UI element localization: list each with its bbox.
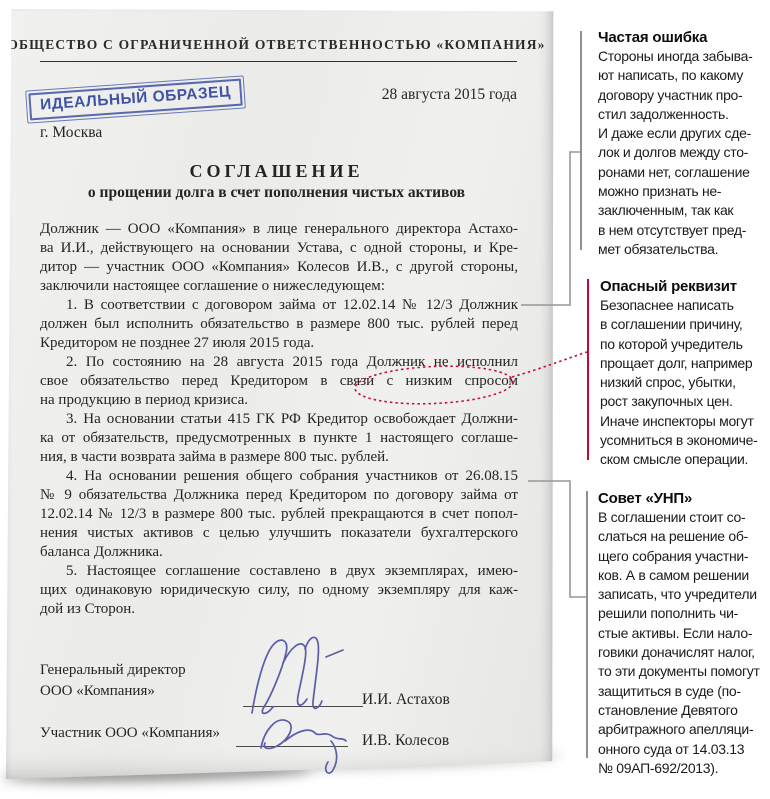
document-text-line: 2. По состоянию на 28 августа 2015 года … [40, 353, 518, 372]
header-rule [40, 61, 517, 62]
document-text-line: № 9 обязательства Должника перед Кредито… [40, 486, 518, 505]
document-city: г. Москва [40, 123, 102, 142]
annotation-body: Стороны иногда забыва- ют написать, по к… [598, 47, 770, 259]
document-text-line: нения чистых активов с целью улучшить по… [40, 524, 518, 543]
annotation-rule-1 [580, 31, 582, 250]
signature-name-director: И.И. Астахов [362, 690, 450, 709]
signature-role-participant: Участник ООО «Компания» [40, 723, 220, 744]
document-text-line: ка от обязательств, предусмотренных в пу… [40, 429, 518, 448]
signature-line-participant [236, 746, 348, 747]
document-text-line: 4. На основании решения общего собрания … [40, 467, 518, 486]
document-text-line: Кредитором не позднее 27 июля 2015 года. [40, 334, 518, 353]
document-text-line: щих одинаковую юридическую силу, по одно… [40, 581, 518, 600]
ideal-sample-stamp: ИДЕАЛЬНЫЙ ОБРАЗЕЦ [25, 75, 246, 123]
annotation-body: Безопаснее написать в соглашении причину… [600, 296, 770, 470]
document-text-line: дой из Сторон. [40, 600, 518, 619]
signature-name-participant: И.В. Колесов [362, 731, 449, 750]
document-text-line: 5. Настоящее соглашение составлено в дву… [40, 562, 518, 581]
document-text-line: Должник — ООО «Компания» в лице генераль… [40, 220, 518, 239]
document-text-line: свое обязательство перед Кредитором в св… [40, 372, 518, 391]
magazine-page: ОБЩЕСТВО С ОГРАНИЧЕННОЙ ОТВЕТСТВЕННОСТЬЮ… [0, 0, 770, 799]
annotation-title: Совет «УНП» [598, 489, 770, 508]
document-text-line: дитор — участник ООО «Компания» Колесов … [40, 258, 518, 277]
document-paper: ОБЩЕСТВО С ОГРАНИЧЕННОЙ ОТВЕТСТВЕННОСТЬЮ… [6, 9, 555, 779]
document-text-line: заключили настоящее соглашение о нижесле… [40, 277, 518, 296]
annotation-body: В соглашении стоит со- слаться на решени… [598, 508, 770, 778]
document-subtitle: о прощении долга в счет пополнения чисты… [6, 183, 547, 202]
annotation-title: Частая ошибка [598, 28, 770, 47]
document-text-line: на продукцию в период кризиса. [40, 391, 518, 410]
stamp-label: ИДЕАЛЬНЫЙ ОБРАЗЕЦ [28, 79, 242, 121]
document-text-line: баланса Должника. [40, 543, 518, 562]
document-text-line: 12.02.14 № 12/3 в размере 800 тыс. рубле… [40, 505, 518, 524]
document-text-line: должен был исполнить обязательство в раз… [40, 315, 518, 334]
document-text-line: 3. На основании статьи 415 ГК РФ Кредито… [40, 410, 518, 429]
document-text-line: 1. В соответствии с договором займа от 1… [40, 296, 518, 315]
annotation-unp-advice: Совет «УНП» В соглашении стоит со- слать… [598, 489, 770, 778]
signature-role-director: Генеральный директор ООО «Компания» [40, 660, 186, 702]
annotation-rule-2-red [587, 279, 589, 460]
document-date: 28 августа 2015 года [382, 85, 517, 104]
document-text-line: ния, в части возврата займа в размере 80… [40, 448, 518, 467]
company-header: ОБЩЕСТВО С ОГРАНИЧЕННОЙ ОТВЕТСТВЕННОСТЬЮ… [6, 36, 547, 53]
annotation-dangerous-detail: Опасный реквизит Безопаснее написать в с… [600, 277, 770, 470]
document-text-line: ва И.И., действующего на основании Устав… [40, 239, 518, 258]
document-title: СОГЛАШЕНИЕ [6, 161, 547, 181]
annotation-rule-3 [586, 491, 588, 758]
signature-line-director [243, 706, 363, 707]
annotation-common-mistake: Частая ошибка Стороны иногда забыва- ют … [598, 28, 770, 259]
annotation-title: Опасный реквизит [600, 277, 770, 296]
document-body: Должник — ООО «Компания» в лице генераль… [40, 220, 518, 619]
